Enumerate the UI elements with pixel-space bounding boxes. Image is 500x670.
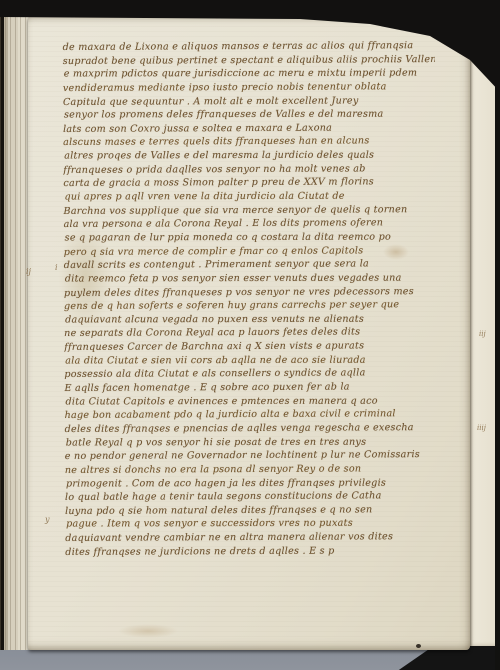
background-right-edge [495, 0, 500, 670]
margin-mark: iij [479, 330, 486, 338]
manuscript-photo: de maxara de Lixona e aliquos mansos e t… [0, 0, 500, 670]
manuscript-line: e maxprim pdictos quare jurisdiccione ac… [64, 67, 436, 82]
manuscript-line: de maxara de Lixona e aliquos mansos e t… [63, 39, 435, 55]
manuscript-line: ne altres si donchs no era la psona dl s… [65, 462, 437, 478]
manuscript-line: daquiavant vendre cambiar ne en altra ma… [65, 530, 437, 546]
handwritten-text-block: de maxara de Lixona e aliquos mansos e t… [63, 39, 438, 571]
manuscript-line: primogenit . Com de aco hagen ja les dit… [66, 476, 437, 491]
manuscript-line: E aqlls facen homenatge . E q sobre aco … [64, 380, 436, 396]
manuscript-line: se q pagaran de lur ppia moneda co q cos… [65, 230, 437, 245]
manuscript-line: deles dites ffranqses e pnencias de aqll… [65, 421, 437, 437]
manuscript-line: vendideramus mediante ipso iusto precio … [63, 80, 435, 96]
manuscript-line: daquiavant alcuna vegada no puxen ess ve… [65, 312, 437, 327]
manuscript-line: pague . Item q vos senyor e successidors… [66, 517, 437, 532]
manuscript-line: gens de q han soferts e soferen huy gran… [64, 298, 436, 314]
margin-mark: y [45, 516, 50, 524]
manuscript-line: ala vra persona e ala Corona Reyal . E l… [64, 216, 436, 232]
manuscript-line: ala dita Ciutat e sien vii cors ab aqlla… [65, 353, 437, 368]
margin-mark: i [55, 264, 58, 272]
manuscript-line: qui apres p aqll vren vene la dita jurdi… [64, 190, 436, 205]
manuscript-line: senyor los promens deles ffranqueses de … [64, 108, 436, 123]
manuscript-line: lo qual batle hage a tenir taula segons … [65, 489, 437, 505]
manuscript-line: batle Reyal q p vos senyor hi sie posat … [66, 435, 438, 450]
facing-page-fore-edge [468, 30, 497, 646]
manuscript-line: e no pendor general ne Governador ne loc… [65, 448, 437, 464]
manuscript-line: davall scrits es contengut . Primerament… [64, 257, 436, 273]
margin-mark: iiij [477, 424, 486, 432]
manuscript-line: dita reemco feta p vos senyor sien esser… [65, 271, 437, 286]
manuscript-line: ffranqueses Carcer de Barchna axi q X si… [64, 339, 436, 355]
margin-mark: ij [26, 268, 31, 276]
manuscript-line: dita Ciutat Capitols e avinences e pmten… [65, 394, 437, 409]
manuscript-line: altres proqes de Valles e del maresma la… [64, 149, 436, 164]
manuscript-line: dites ffranqses ne jurdicions ne drets d… [65, 544, 437, 560]
